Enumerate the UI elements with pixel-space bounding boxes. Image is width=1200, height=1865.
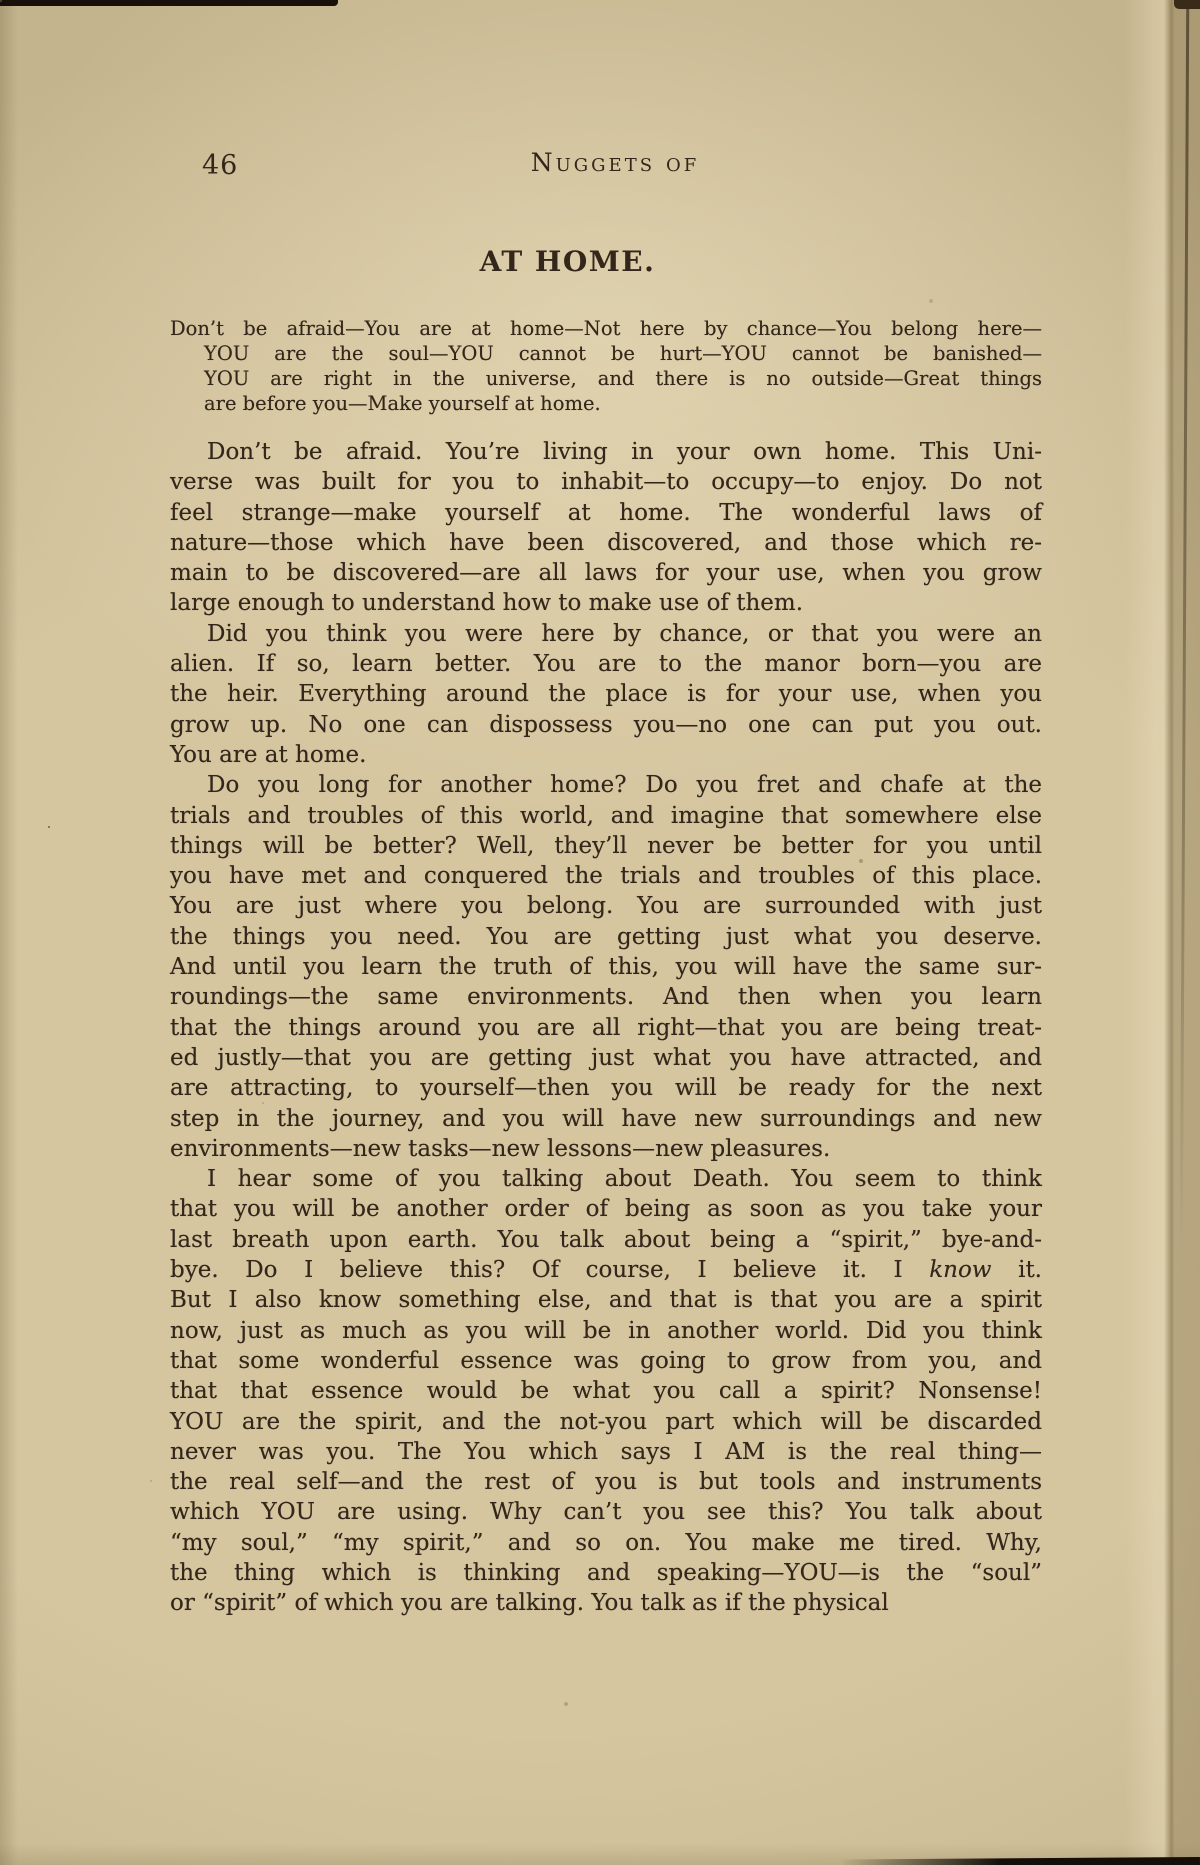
running-header: Nuggets of <box>0 148 1200 177</box>
body-line: nature—those which have been discovered,… <box>170 528 1042 558</box>
body-line: feel strange—make yourself at home. The … <box>170 498 1042 528</box>
epigraph-line: are before you—Make yourself at home. <box>170 391 1042 416</box>
body-line: Don’t be afraid. You’re living in your o… <box>170 437 1042 467</box>
body-line: that some wonderful essence was going to… <box>170 1346 1042 1376</box>
body-line: Do you long for another home? Do you fre… <box>170 770 1042 800</box>
body-line: ed justly—that you are getting just what… <box>170 1043 1042 1073</box>
body-line: the real self—and the rest of you is but… <box>170 1467 1042 1497</box>
body-line: now, just as much as you will be in anot… <box>170 1316 1042 1346</box>
body-line: grow up. No one can dispossess you—no on… <box>170 710 1042 740</box>
body-line: YOU are the spirit, and the not-you part… <box>170 1407 1042 1437</box>
body-line: You are at home. <box>170 740 1042 770</box>
body-line: that that essence would be what you call… <box>170 1376 1042 1406</box>
body-line: last breath upon earth. You talk about b… <box>170 1225 1042 1255</box>
body-line: alien. If so, learn better. You are to t… <box>170 649 1042 679</box>
scan-edge-bottom-right <box>840 1857 1200 1865</box>
body-line: that the things around you are all right… <box>170 1013 1042 1043</box>
body-line: which YOU are using. Why can’t you see t… <box>170 1497 1042 1527</box>
body-line: or “spirit” of which you are talking. Yo… <box>170 1588 1042 1618</box>
scanned-book-page: 46 Nuggets of AT HOME. Don’t be afraid—Y… <box>0 0 1200 1865</box>
body-line: never was you. The You which says I AM i… <box>170 1437 1042 1467</box>
body-line: trials and troubles of this world, and i… <box>170 801 1042 831</box>
body-line: things will be better? Well, they’ll nev… <box>170 831 1042 861</box>
epigraph-line: YOU are the soul—YOU cannot be hurt—YOU … <box>170 341 1042 366</box>
body-line: environments—new tasks—new lessons—new p… <box>170 1134 1042 1164</box>
body-line: roundings—the same environments. And the… <box>170 982 1042 1012</box>
paper-specks <box>0 0 2 2</box>
body-line: the heir. Everything around the place is… <box>170 679 1042 709</box>
body-line: And until you learn the truth of this, y… <box>170 952 1042 982</box>
chapter-title: AT HOME. <box>0 245 1135 278</box>
scan-edge-top-left <box>0 0 338 6</box>
body-line: verse was built for you to inhabit—to oc… <box>170 467 1042 497</box>
page-fold-shadow <box>1125 0 1200 1865</box>
body-text: Don’t be afraid. You’re living in your o… <box>170 437 1042 1619</box>
epigraph: Don’t be afraid—You are at home—Not here… <box>170 316 1042 416</box>
page-header: 46 Nuggets of <box>0 148 1200 182</box>
body-line: bye. Do I believe this? Of course, I bel… <box>170 1255 1042 1285</box>
body-line: are attracting, to yourself—then you wil… <box>170 1073 1042 1103</box>
body-line: But I also know something else, and that… <box>170 1285 1042 1315</box>
body-line: the things you need. You are getting jus… <box>170 922 1042 952</box>
page-fold-crease <box>1180 0 1190 1250</box>
epigraph-line: Don’t be afraid—You are at home—Not here… <box>170 316 1042 341</box>
body-line: you have met and conquered the trials an… <box>170 861 1042 891</box>
body-line: the thing which is thinking and speaking… <box>170 1558 1042 1588</box>
body-line: large enough to understand how to make u… <box>170 588 1042 618</box>
body-line: Did you think you were here by chance, o… <box>170 619 1042 649</box>
body-line: “my soul,” “my spirit,” and so on. You m… <box>170 1528 1042 1558</box>
body-line: main to be discovered—are all laws for y… <box>170 558 1042 588</box>
epigraph-line: YOU are right in the universe, and there… <box>170 366 1042 391</box>
body-line: that you will be another order of being … <box>170 1194 1042 1224</box>
scan-edge-top-right <box>1174 0 1200 9</box>
body-line: step in the journey, and you will have n… <box>170 1104 1042 1134</box>
body-line: You are just where you belong. You are s… <box>170 891 1042 921</box>
body-line: I hear some of you talking about Death. … <box>170 1164 1042 1194</box>
